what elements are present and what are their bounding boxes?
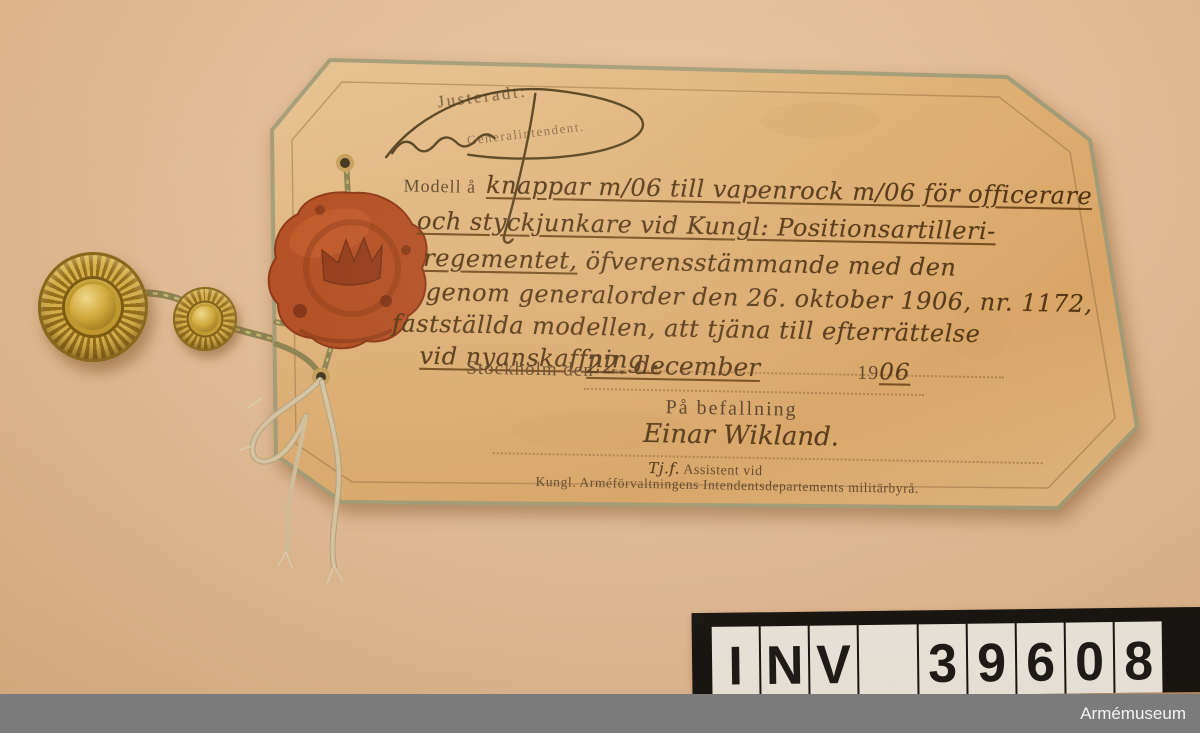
plate-tile: 8: [1115, 621, 1163, 698]
handwritten-line-3-rest: öfverensstämmande med den: [577, 247, 956, 282]
tag-text-layer: Justeradt: Generalintendent. Modell åkna…: [261, 55, 1150, 546]
plate-tile: 9: [968, 623, 1016, 698]
gold-button-small: [173, 287, 237, 351]
button-dome: [192, 306, 218, 332]
button-dome: [70, 284, 116, 330]
date-year: 1906: [857, 359, 911, 386]
plate-tile: V: [810, 625, 858, 698]
body-line-3: regementet, öfverensstämmande med den: [423, 244, 957, 283]
printed-year-19: 19: [857, 362, 879, 384]
plate-tile-blank: [859, 624, 918, 698]
plate-tile: 3: [919, 624, 967, 698]
handwritten-date: 22. december: [586, 350, 760, 382]
handwritten-tjf: Tj.f.: [648, 459, 680, 478]
plate-tile: 0: [1066, 622, 1114, 698]
gold-button-large: [38, 252, 148, 362]
museum-photo: Justeradt: Generalintendent. Modell åkna…: [0, 0, 1200, 733]
printed-modell-a: Modell å: [403, 175, 476, 196]
credit-label: Armémuseum: [1080, 704, 1186, 724]
inventory-plate: I N V 3 9 6 0 8: [692, 607, 1200, 698]
plate-tile: N: [761, 626, 809, 698]
plate-tile: 6: [1017, 623, 1065, 699]
handwritten-signature-einar-wikland: Einar Wikland.: [511, 416, 971, 454]
credit-bar: Armémuseum: [0, 694, 1200, 733]
printed-stockholm-den: Stockholm den: [466, 358, 594, 382]
handwritten-line-3-underlined: regementet,: [423, 244, 578, 275]
handwritten-year-06: 06: [879, 359, 911, 386]
inventory-plate-tiles: I N V 3 9 6 0 8: [712, 621, 1163, 698]
plate-tile: I: [712, 626, 760, 698]
